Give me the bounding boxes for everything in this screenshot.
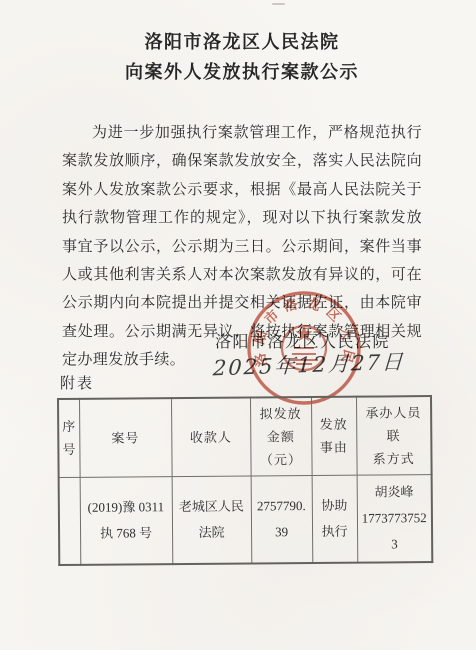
seal-ring-textpath: 洛阳市洛龙区人民法院: [244, 288, 357, 371]
handler-phone: 17737737523: [360, 505, 428, 558]
seal-ring-text: 洛阳市洛龙区人民法院: [244, 288, 357, 371]
col-header-handler: 承办人员联 系方式: [356, 396, 432, 475]
document-title: 洛阳市洛龙区人民法院 向案外人发放执行案款公示: [12, 27, 472, 87]
col-header-amount: 拟发放 金额 （元）: [250, 397, 312, 475]
document-page: 洛阳市洛龙区人民法院 向案外人发放执行案款公示 为进一步加强执行案款管理工作，严…: [0, 0, 476, 650]
cell-reason: 协助 执行: [312, 475, 358, 563]
cell-payee: 老城区人民 法院: [172, 475, 252, 564]
attachment-label: 附表: [60, 372, 94, 393]
court-seal: 洛阳市洛龙区人民法院: [244, 288, 364, 408]
cell-handler: 胡炎峰 17737737523: [357, 474, 433, 563]
cell-seq: [59, 477, 81, 565]
handler-name: 胡炎峰: [360, 479, 428, 506]
cell-case-no: (2019)豫 0311 执 768 号: [80, 476, 173, 565]
col-header-payee: 收款人: [171, 397, 251, 476]
cases-table: 序 号 案号 收款人 拟发放 金额 （元） 发放 事由 承办人员联 系方式 (2…: [57, 395, 433, 566]
national-emblem-icon: [282, 325, 326, 370]
col-header-reason: 发放 事由: [311, 397, 357, 475]
scan-artifact-top: [272, 3, 285, 5]
cell-amount: 2757790.39: [251, 475, 313, 563]
table-row: (2019)豫 0311 执 768 号 老城区人民 法院 2757790.39…: [59, 474, 433, 565]
title-line-2: 向案外人发放执行案款公示: [12, 57, 472, 87]
table-header-row: 序 号 案号 收款人 拟发放 金额 （元） 发放 事由 承办人员联 系方式: [58, 396, 432, 477]
col-header-case-no: 案号: [79, 398, 172, 477]
col-header-seq: 序 号: [58, 399, 80, 477]
court-seal-graphic: 洛阳市洛龙区人民法院: [244, 288, 364, 408]
title-line-1: 洛阳市洛龙区人民法院: [12, 27, 472, 57]
